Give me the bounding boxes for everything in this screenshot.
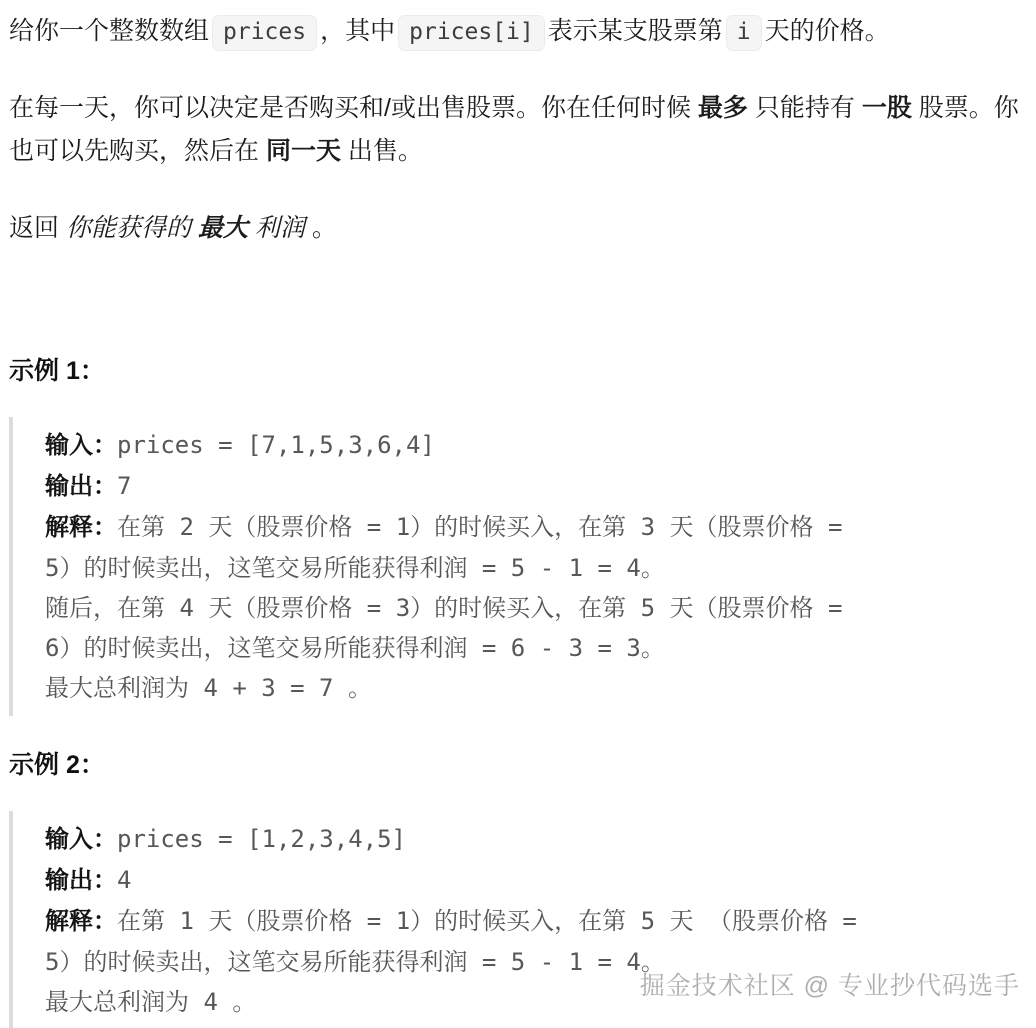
- output-value: 7: [117, 472, 131, 500]
- input-label: 输入：: [45, 432, 117, 459]
- inline-code-prices: prices: [212, 15, 317, 51]
- return-paragraph: 返回 你能获得的 最大 利润 。: [9, 207, 1022, 250]
- example-1-explanation-line-5: 最大总利润为 4 + 3 = 7 。: [45, 668, 1022, 708]
- example-1-output-line: 输出：7: [45, 466, 1022, 507]
- return-text-1: 返回: [9, 214, 66, 242]
- example-1-input-line: 输入：prices = [7,1,5,3,6,4]: [45, 425, 1022, 466]
- intro-text-3: 表示某支股票第: [548, 17, 723, 45]
- return-italic-1: 你能获得的: [66, 214, 198, 242]
- input-value: prices = [1,2,3,4,5]: [117, 825, 406, 853]
- watermark-text: 掘金技术社区 @ 专业抄代码选手: [640, 968, 1020, 1004]
- example-1-explanation-line-3: 随后，在第 4 天（股票价格 = 3）的时候买入，在第 5 天（股票价格 =: [45, 588, 1022, 628]
- return-text-2: 。: [305, 214, 337, 242]
- explanation-label: 解释：: [45, 514, 117, 541]
- rules-bold-one-share: 一股: [862, 94, 912, 122]
- example-1-explanation-line-4: 6）的时候卖出，这笔交易所能获得利润 = 6 - 3 = 3。: [45, 628, 1022, 668]
- input-label: 输入：: [45, 826, 117, 853]
- inline-code-i: i: [726, 15, 762, 51]
- intro-text-4: 天的价格。: [765, 17, 890, 45]
- explanation-text: 在第 1 天（股票价格 = 1）的时候买入，在第 5 天 （股票价格 =: [117, 907, 857, 935]
- intro-text-2: ，其中: [320, 17, 395, 45]
- example-1-explanation-line-2: 5）的时候卖出，这笔交易所能获得利润 = 5 - 1 = 4。: [45, 548, 1022, 588]
- example-1-block: 输入：prices = [7,1,5,3,6,4] 输出：7 解释：在第 2 天…: [9, 417, 1022, 716]
- rules-text-2: 只能持有: [748, 94, 862, 122]
- output-value: 4: [117, 866, 131, 894]
- rules-text-4: 出售。: [341, 137, 423, 165]
- rules-bold-same-day: 同一天: [266, 137, 341, 165]
- inline-code-prices-i: prices[i]: [398, 15, 545, 51]
- example-2-output-line: 输出：4: [45, 860, 1022, 901]
- intro-paragraph: 给你一个整数数组prices，其中prices[i]表示某支股票第i天的价格。: [9, 10, 1022, 53]
- rules-paragraph: 在每一天，你可以决定是否购买和/或出售股票。你在任何时候 最多 只能持有 一股 …: [9, 87, 1022, 173]
- problem-description-page: 给你一个整数数组prices，其中prices[i]表示某支股票第i天的价格。 …: [0, 0, 1036, 1028]
- output-label: 输出：: [45, 473, 117, 500]
- example-2-input-line: 输入：prices = [1,2,3,4,5]: [45, 819, 1022, 860]
- return-bold-italic-max: 最大: [198, 214, 248, 242]
- explanation-text: 在第 2 天（股票价格 = 1）的时候买入，在第 3 天（股票价格 =: [117, 513, 842, 541]
- example-1-explanation-line-1: 解释：在第 2 天（股票价格 = 1）的时候买入，在第 3 天（股票价格 =: [45, 507, 1022, 548]
- return-italic-2: 利润: [248, 214, 305, 242]
- output-label: 输出：: [45, 867, 117, 894]
- rules-bold-at-most: 最多: [698, 94, 748, 122]
- rules-text-1: 在每一天，你可以决定是否购买和/或出售股票。你在任何时候: [9, 94, 698, 122]
- explanation-label: 解释：: [45, 908, 117, 935]
- example-2-explanation-line-1: 解释：在第 1 天（股票价格 = 1）的时候买入，在第 5 天 （股票价格 =: [45, 901, 1022, 942]
- intro-text-1: 给你一个整数数组: [9, 17, 209, 45]
- example-2-title: 示例 2：: [9, 744, 1022, 787]
- input-value: prices = [7,1,5,3,6,4]: [117, 431, 435, 459]
- example-1-title: 示例 1：: [9, 350, 1022, 393]
